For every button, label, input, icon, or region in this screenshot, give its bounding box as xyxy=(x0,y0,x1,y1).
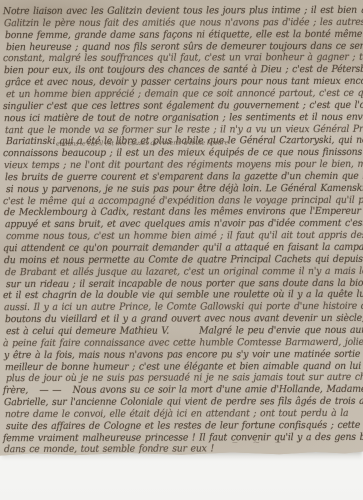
handwritten-line: suite des affaires de Cologne et les res… xyxy=(6,419,363,432)
handwritten-line: meilleur de bonne humeur ; c'est une élé… xyxy=(5,360,363,373)
handwritten-text-layer: dans ce monde, tout semble fondre sur eu… xyxy=(0,0,363,457)
handwritten-line: appuyé et sans bruit, et avec quelques a… xyxy=(5,218,363,231)
handwritten-line: constant, malgré les souffrances qu'il f… xyxy=(3,52,363,65)
handwritten-line: plus de jour où je ne suis pas persuadé … xyxy=(6,372,363,385)
handwritten-line: grâce et avec nous, devoir y passer cert… xyxy=(5,75,363,88)
handwritten-line: aussi. Il y a ici un autre Prince, le Co… xyxy=(4,301,363,314)
handwritten-line: connaissons beaucoup ; il est un des mie… xyxy=(3,146,363,159)
handwritten-line: de Mecklembourg à Cadix, restant dans le… xyxy=(4,206,363,219)
show-through-marks: ‒ ~ ‒ xyxy=(232,438,287,448)
handwritten-line: les bruits de guerre courent et s'empare… xyxy=(5,170,363,183)
handwritten-line: et un homme bien apprécié ; demain que c… xyxy=(6,87,363,100)
handwritten-line: bonne femme, grande dame sans façons ni … xyxy=(5,28,363,41)
handwritten-line: vieux temps ; ne l'ont dit pourtant des … xyxy=(4,158,363,171)
letter-paper: dans ce monde, tout semble fondre sur eu… xyxy=(0,0,363,457)
handwritten-line: et il est chagrin de la double vie qui s… xyxy=(3,289,363,302)
handwritten-line: Galitzin le père nous fait des amitiés q… xyxy=(4,16,363,29)
scan-background: dans ce monde, tout semble fondre sur eu… xyxy=(0,0,363,500)
handwritten-line: si nous y parvenons, je ne suis pas pour… xyxy=(6,182,363,195)
handwritten-line: c'est le même qui a accompagné d'expédit… xyxy=(3,194,363,207)
interlinear-insertion: et dans le cas il est des causes de reve… xyxy=(56,138,228,147)
handwritten-line: frère, — — Nous avons su ce soir la mort… xyxy=(3,384,363,397)
handwritten-line: Gabrielle, sur l'ancienne Coloniale qui … xyxy=(4,396,363,409)
handwritten-line: bien pour eux, ils ont toujours des chan… xyxy=(4,63,363,76)
handwritten-line: tant que le monde va se former sur le re… xyxy=(5,123,363,136)
handwritten-line: notre dame le convoi, elle était déjà ic… xyxy=(5,407,348,420)
handwritten-line: est à celui qui demeure Mathieu V. Malgr… xyxy=(6,324,363,337)
handwritten-line: singulier c'est que ces lettres sont éga… xyxy=(3,99,363,112)
handwritten-line: comme nous tous, c'est un homme bien aim… xyxy=(6,230,363,243)
handwritten-line: à peine fait faire connaissance avec cet… xyxy=(3,336,363,349)
handwritten-line: nous ici matière de tout de notre organi… xyxy=(4,111,363,124)
handwritten-line: bien heureuse ; quand nos fils seront sû… xyxy=(6,40,363,53)
handwritten-line: sur un rideau ; il serait incapable de n… xyxy=(6,277,363,290)
handwritten-line: du moins et nous permette au Comte de qu… xyxy=(4,253,363,266)
handwritten-line: y être à la fois, mais nous n'avons pas … xyxy=(4,348,363,361)
handwritten-line: Notre liaison avec les Galitzin devient … xyxy=(3,4,363,17)
handwritten-line: de Brabant et allés jusque au lazaret, c… xyxy=(5,265,363,278)
handwritten-line: femme vraiment malheureuse princesse ! I… xyxy=(3,431,363,444)
handwritten-line: qui attendent ce qu'on pourrait demander… xyxy=(3,241,363,254)
handwritten-line: boutons du vieillard et il y a grand ouv… xyxy=(5,312,363,325)
